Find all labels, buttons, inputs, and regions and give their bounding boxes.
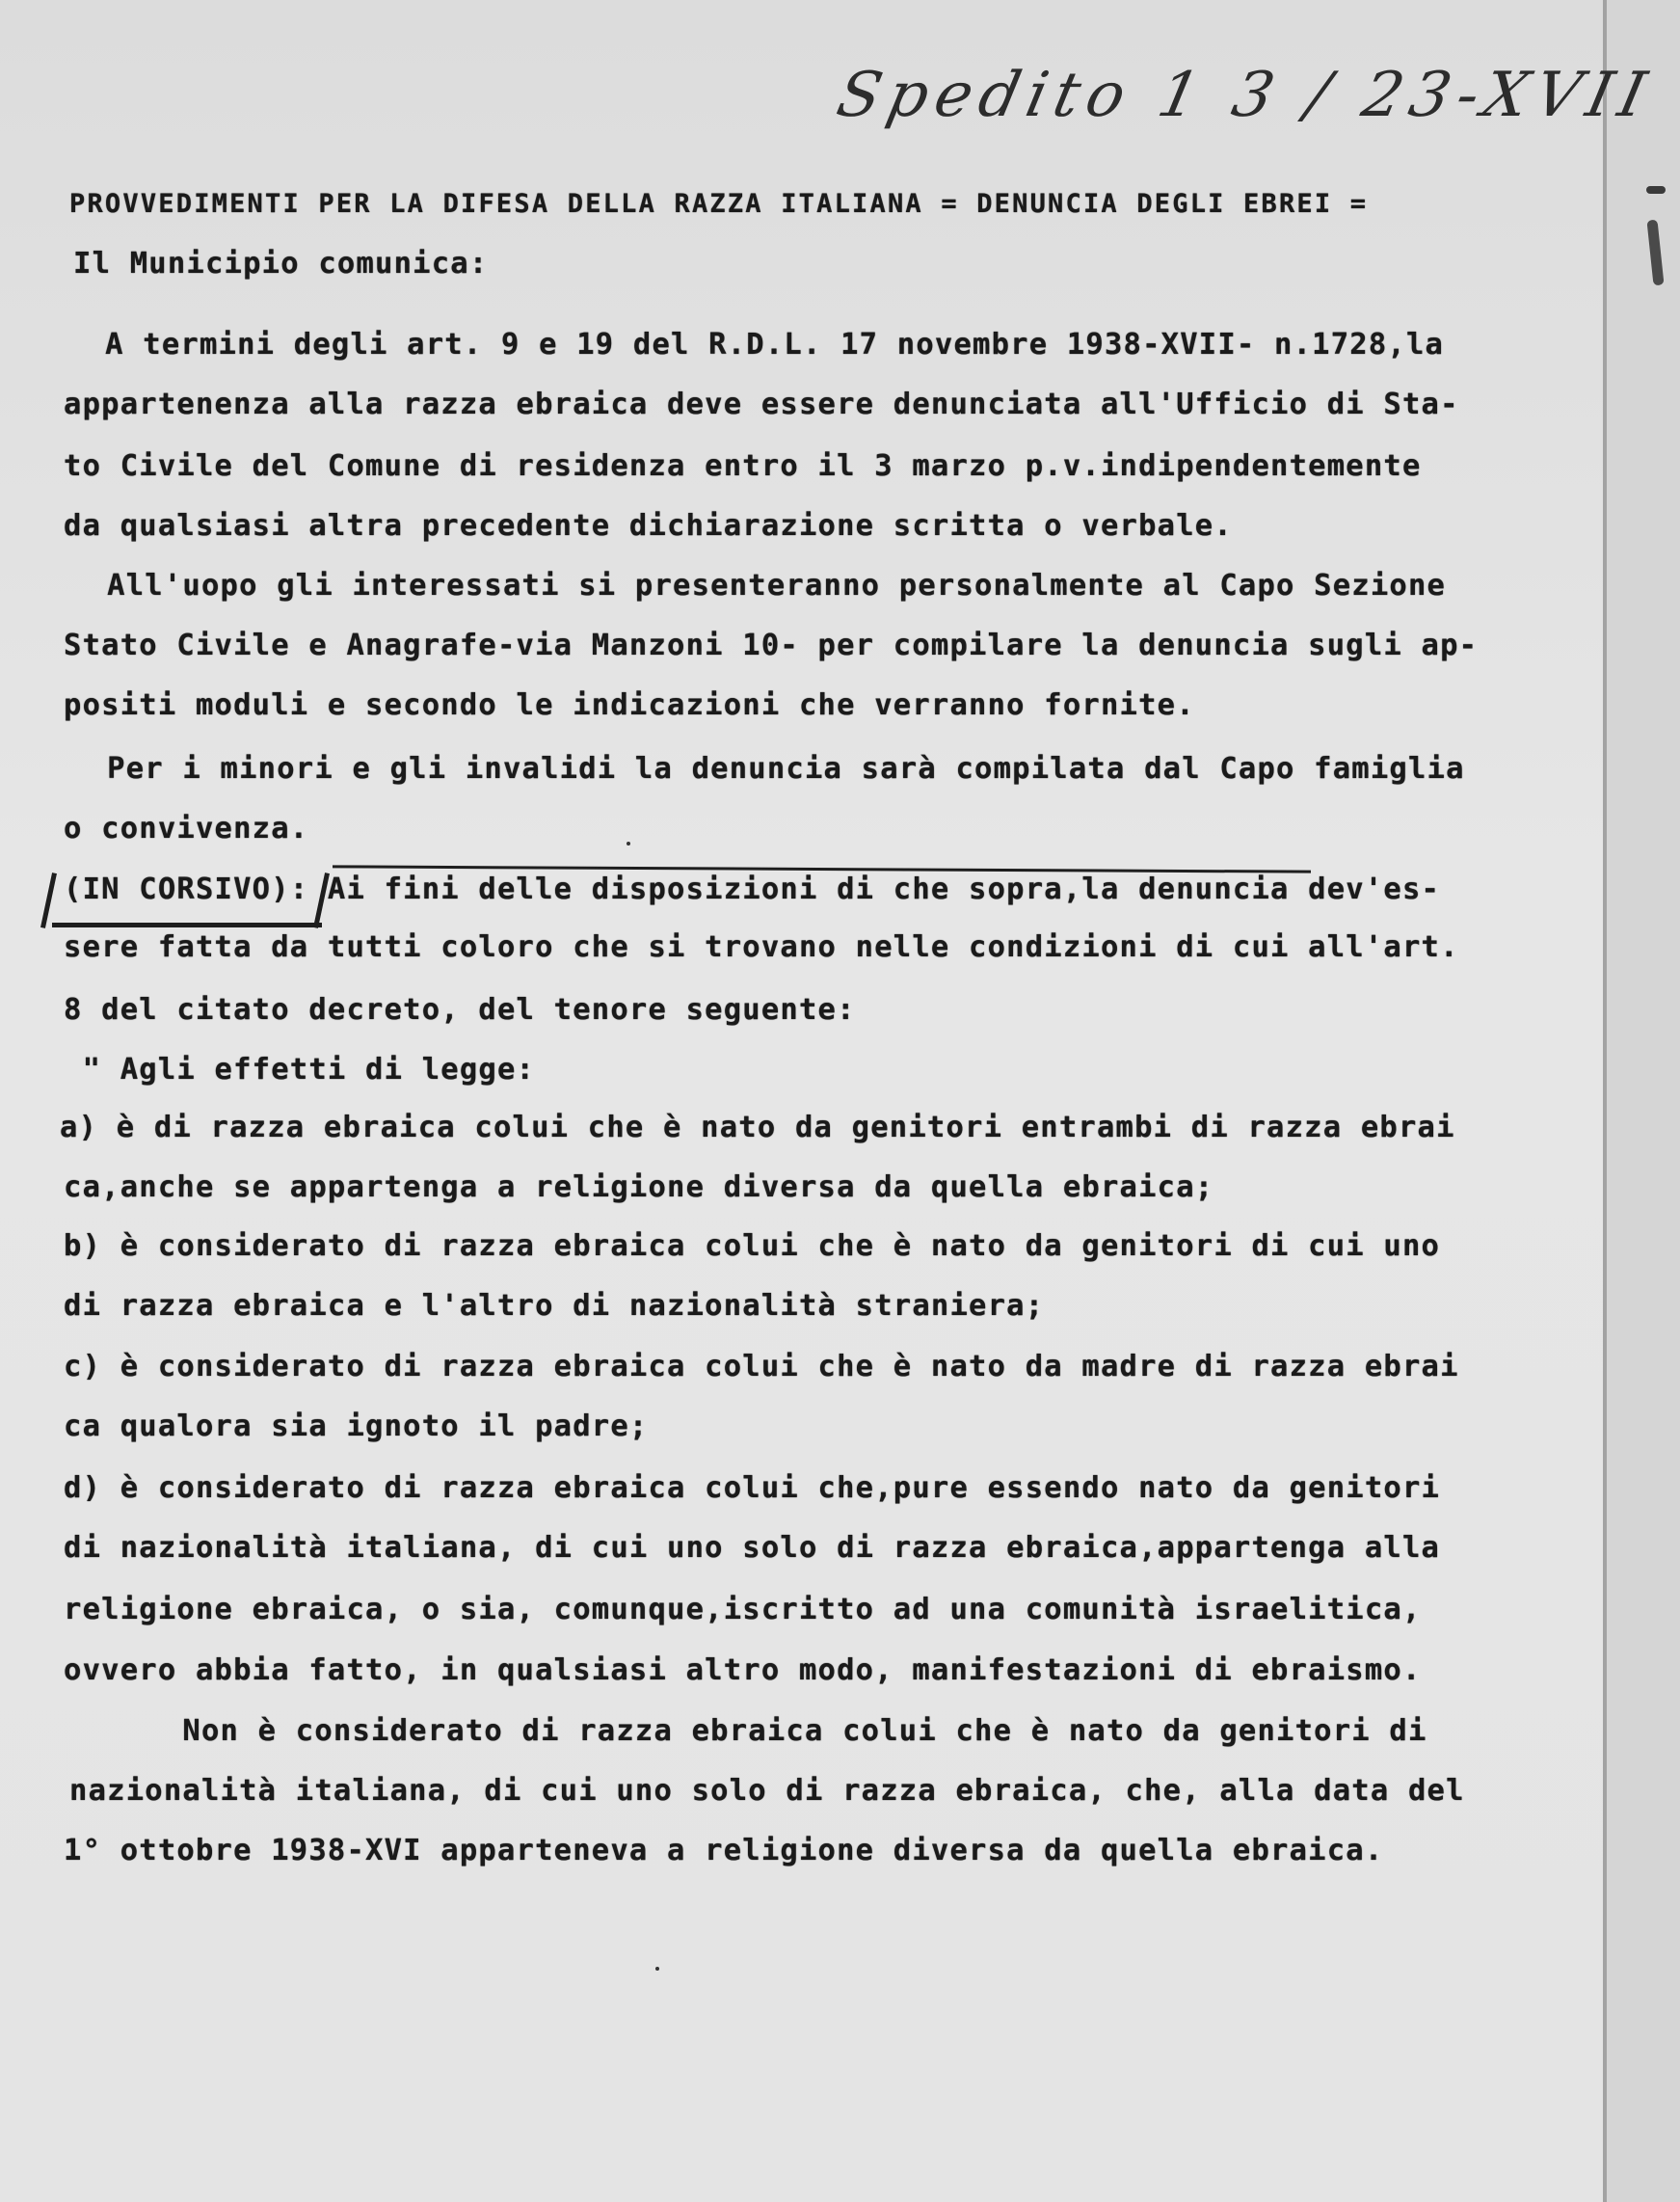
margin-strip [1607, 0, 1680, 2202]
margin-ink-mark [1646, 186, 1666, 194]
handwritten-note: Spedito 1 3 / 23-XVII [831, 60, 1660, 131]
document-line: " Agli effetti di legge: [64, 1053, 535, 1087]
document-line: A termini degli art. 9 e 19 del R.D.L. 1… [67, 328, 1444, 362]
document-line: b) è considerato di razza ebraica colui … [64, 1229, 1440, 1263]
document-title: PROVVEDIMENTI PER LA DIFESA DELLA RAZZA … [69, 189, 1368, 219]
document-line: to Civile del Comune di residenza entro … [64, 449, 1422, 483]
document-line: Per i minori e gli invalidi la denuncia … [69, 752, 1465, 786]
ink-speck [655, 1967, 659, 1971]
document-line: a) è di razza ebraica colui che è nato d… [60, 1111, 1455, 1144]
document-line: nazionalità italiana, di cui uno solo di… [69, 1774, 1465, 1808]
document-line: d) è considerato di razza ebraica colui … [64, 1471, 1440, 1505]
document-line: religione ebraica, o sia, comunque,iscri… [64, 1593, 1422, 1626]
document-line: appartenenza alla razza ebraica deve ess… [64, 388, 1459, 421]
document-line: da qualsiasi altra precedente dichiarazi… [64, 509, 1233, 543]
ink-speck [627, 842, 630, 846]
document-line: c) è considerato di razza ebraica colui … [64, 1350, 1459, 1383]
document-line: ovvero abbia fatto, in qualsiasi altro m… [64, 1653, 1422, 1687]
document-line: ca,anche se appartenga a religione diver… [64, 1170, 1213, 1204]
document-line: 1° ottobre 1938-XVI apparteneva a religi… [64, 1834, 1383, 1867]
intro-line: Il Municipio comunica: [73, 247, 488, 281]
document-line: 8 del citato decreto, del tenore seguent… [64, 993, 856, 1027]
document-line: o convivenza. [64, 812, 308, 846]
annotation-underline [52, 923, 322, 927]
document-line: sere fatta da tutti coloro che si trovan… [64, 930, 1459, 964]
document-line: positi moduli e secondo le indicazioni c… [64, 688, 1195, 722]
document-line: Stato Civile e Anagrafe-via Manzoni 10- … [64, 629, 1478, 662]
document-line: All'uopo gli interessati si presenterann… [69, 569, 1446, 603]
document-line: di nazionalità italiana, di cui uno solo… [64, 1531, 1440, 1565]
document-line: di razza ebraica e l'altro di nazionalit… [64, 1289, 1044, 1323]
document-line: ca qualora sia ignoto il padre; [64, 1410, 648, 1443]
in-corsivo-annotation [46, 873, 321, 930]
document-line: Non è considerato di razza ebraica colui… [69, 1714, 1427, 1748]
